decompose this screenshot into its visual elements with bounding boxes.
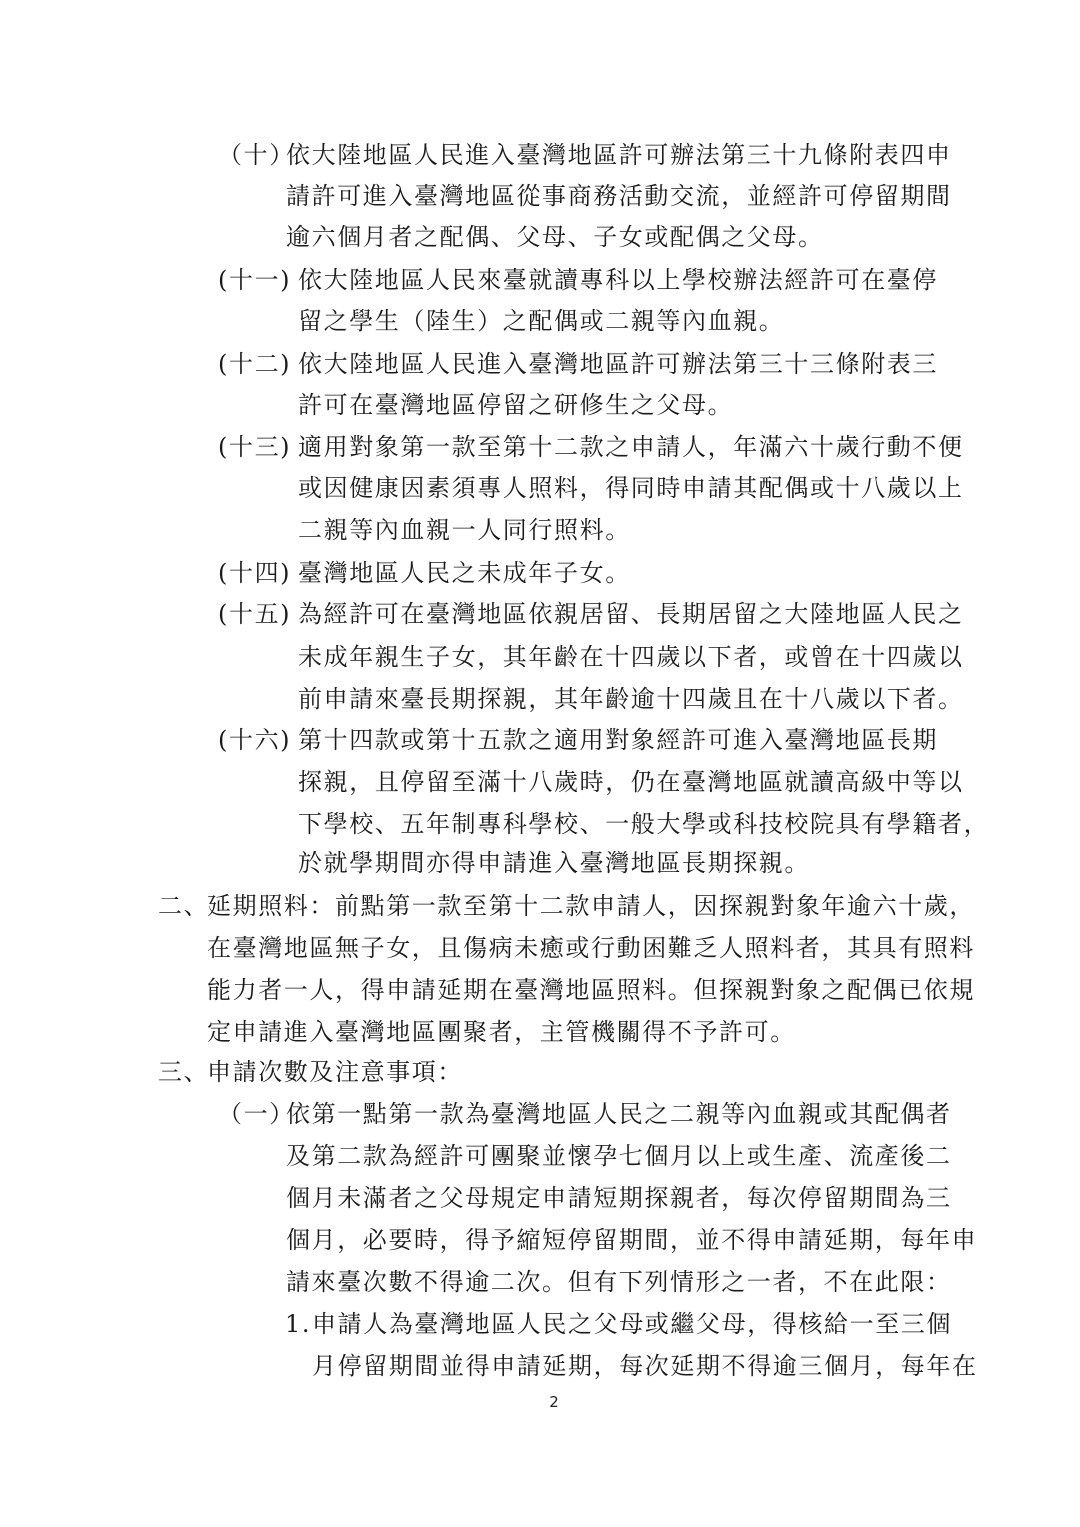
section-text: 能力者一人，得申請延期在臺灣地區照料。但探親對象之配偶已依規	[207, 969, 975, 1011]
item-text: 及第二款為經許可團聚並懷孕七個月以上或生產、流產後二	[286, 1135, 952, 1177]
item-text: 下學校、五年制專科學校、一般大學或科技校院具有學籍者，	[298, 803, 989, 845]
item-text: 探親，且停留至滿十八歲時，仍在臺灣地區就讀高級中等以	[298, 761, 964, 803]
item-marker: (十三)	[218, 426, 291, 468]
item-text: 臺灣地區人民之未成年子女。	[298, 552, 631, 594]
item-text: 二親等內血親一人同行照料。	[298, 509, 631, 551]
item-text: 月停留期間並得申請延期，每次延期不得逾三個月，每年在	[312, 1345, 978, 1387]
item-text: 許可在臺灣地區停留之研修生之父母。	[298, 384, 733, 426]
item-text: 為經許可在臺灣地區依親居留、長期居留之大陸地區人民之	[298, 593, 964, 635]
item-marker: (十二)	[218, 343, 291, 385]
item-marker: (十四)	[218, 552, 291, 594]
item-text: 申請人為臺灣地區人民之父母或繼父母，得核給一至三個	[312, 1303, 952, 1345]
item-text: 前申請來臺長期探親，其年齡逾十四歲且在十八歲以下者。	[298, 678, 964, 720]
item-marker: （一）	[218, 1093, 295, 1135]
section-heading: 申請次數及注意事項：	[207, 1051, 463, 1093]
item-text: 請許可進入臺灣地區從事商務活動交流，並經許可停留期間	[286, 175, 952, 217]
item-text: 未成年親生子女，其年齡在十四歲以下者，或曾在十四歲以	[298, 636, 964, 678]
item-text: 留之學生（陸生）之配偶或二親等內血親。	[298, 300, 784, 342]
item-text: 於就學期間亦得申請進入臺灣地區長期探親。	[298, 842, 810, 884]
section-text: 延期照料：前點第一款至第十二款申請人，因探親對象年逾六十歲，	[207, 885, 975, 927]
page-number: 2	[0, 1393, 1080, 1411]
item-marker: (十五)	[218, 593, 291, 635]
item-text: 個月未滿者之父母規定申請短期探親者，每次停留期間為三	[286, 1177, 952, 1219]
item-text: 依大陸地區人民進入臺灣地區許可辦法第三十三條附表三	[298, 343, 938, 385]
item-text: 或因健康因素須專人照料，得同時申請其配偶或十八歲以上	[298, 467, 964, 509]
section-marker: 三、	[158, 1051, 209, 1093]
section-text: 定申請進入臺灣地區團聚者，主管機關得不予許可。	[207, 1011, 796, 1053]
document-page: （十） 依大陸地區人民進入臺灣地區許可辦法第三十九條附表四申 請許可進入臺灣地區…	[0, 0, 1080, 1527]
item-text: 請來臺次數不得逾二次。但有下列情形之一者，不在此限：	[286, 1261, 952, 1303]
item-text: 適用對象第一款至第十二款之申請人，年滿六十歲行動不便	[298, 426, 964, 468]
item-text: 依第一點第一款為臺灣地區人民之二親等內血親或其配偶者	[286, 1093, 952, 1135]
item-marker: (十一)	[218, 259, 291, 301]
item-marker: （十）	[218, 134, 295, 176]
item-text: 依大陸地區人民進入臺灣地區許可辦法第三十九條附表四申	[286, 134, 952, 176]
section-marker: 二、	[158, 885, 209, 927]
item-marker: (十六)	[218, 719, 291, 761]
item-text: 第十四款或第十五款之適用對象經許可進入臺灣地區長期	[298, 719, 938, 761]
item-text: 個月，必要時，得予縮短停留期間，並不得申請延期，每年申	[286, 1219, 977, 1261]
item-text: 依大陸地區人民來臺就讀專科以上學校辦法經許可在臺停	[298, 259, 938, 301]
item-text: 逾六個月者之配偶、父母、子女或配偶之父母。	[286, 216, 824, 258]
item-marker: 1.	[285, 1303, 311, 1345]
section-text: 在臺灣地區無子女，且傷病未癒或行動困難乏人照料者，其具有照料	[207, 927, 975, 969]
